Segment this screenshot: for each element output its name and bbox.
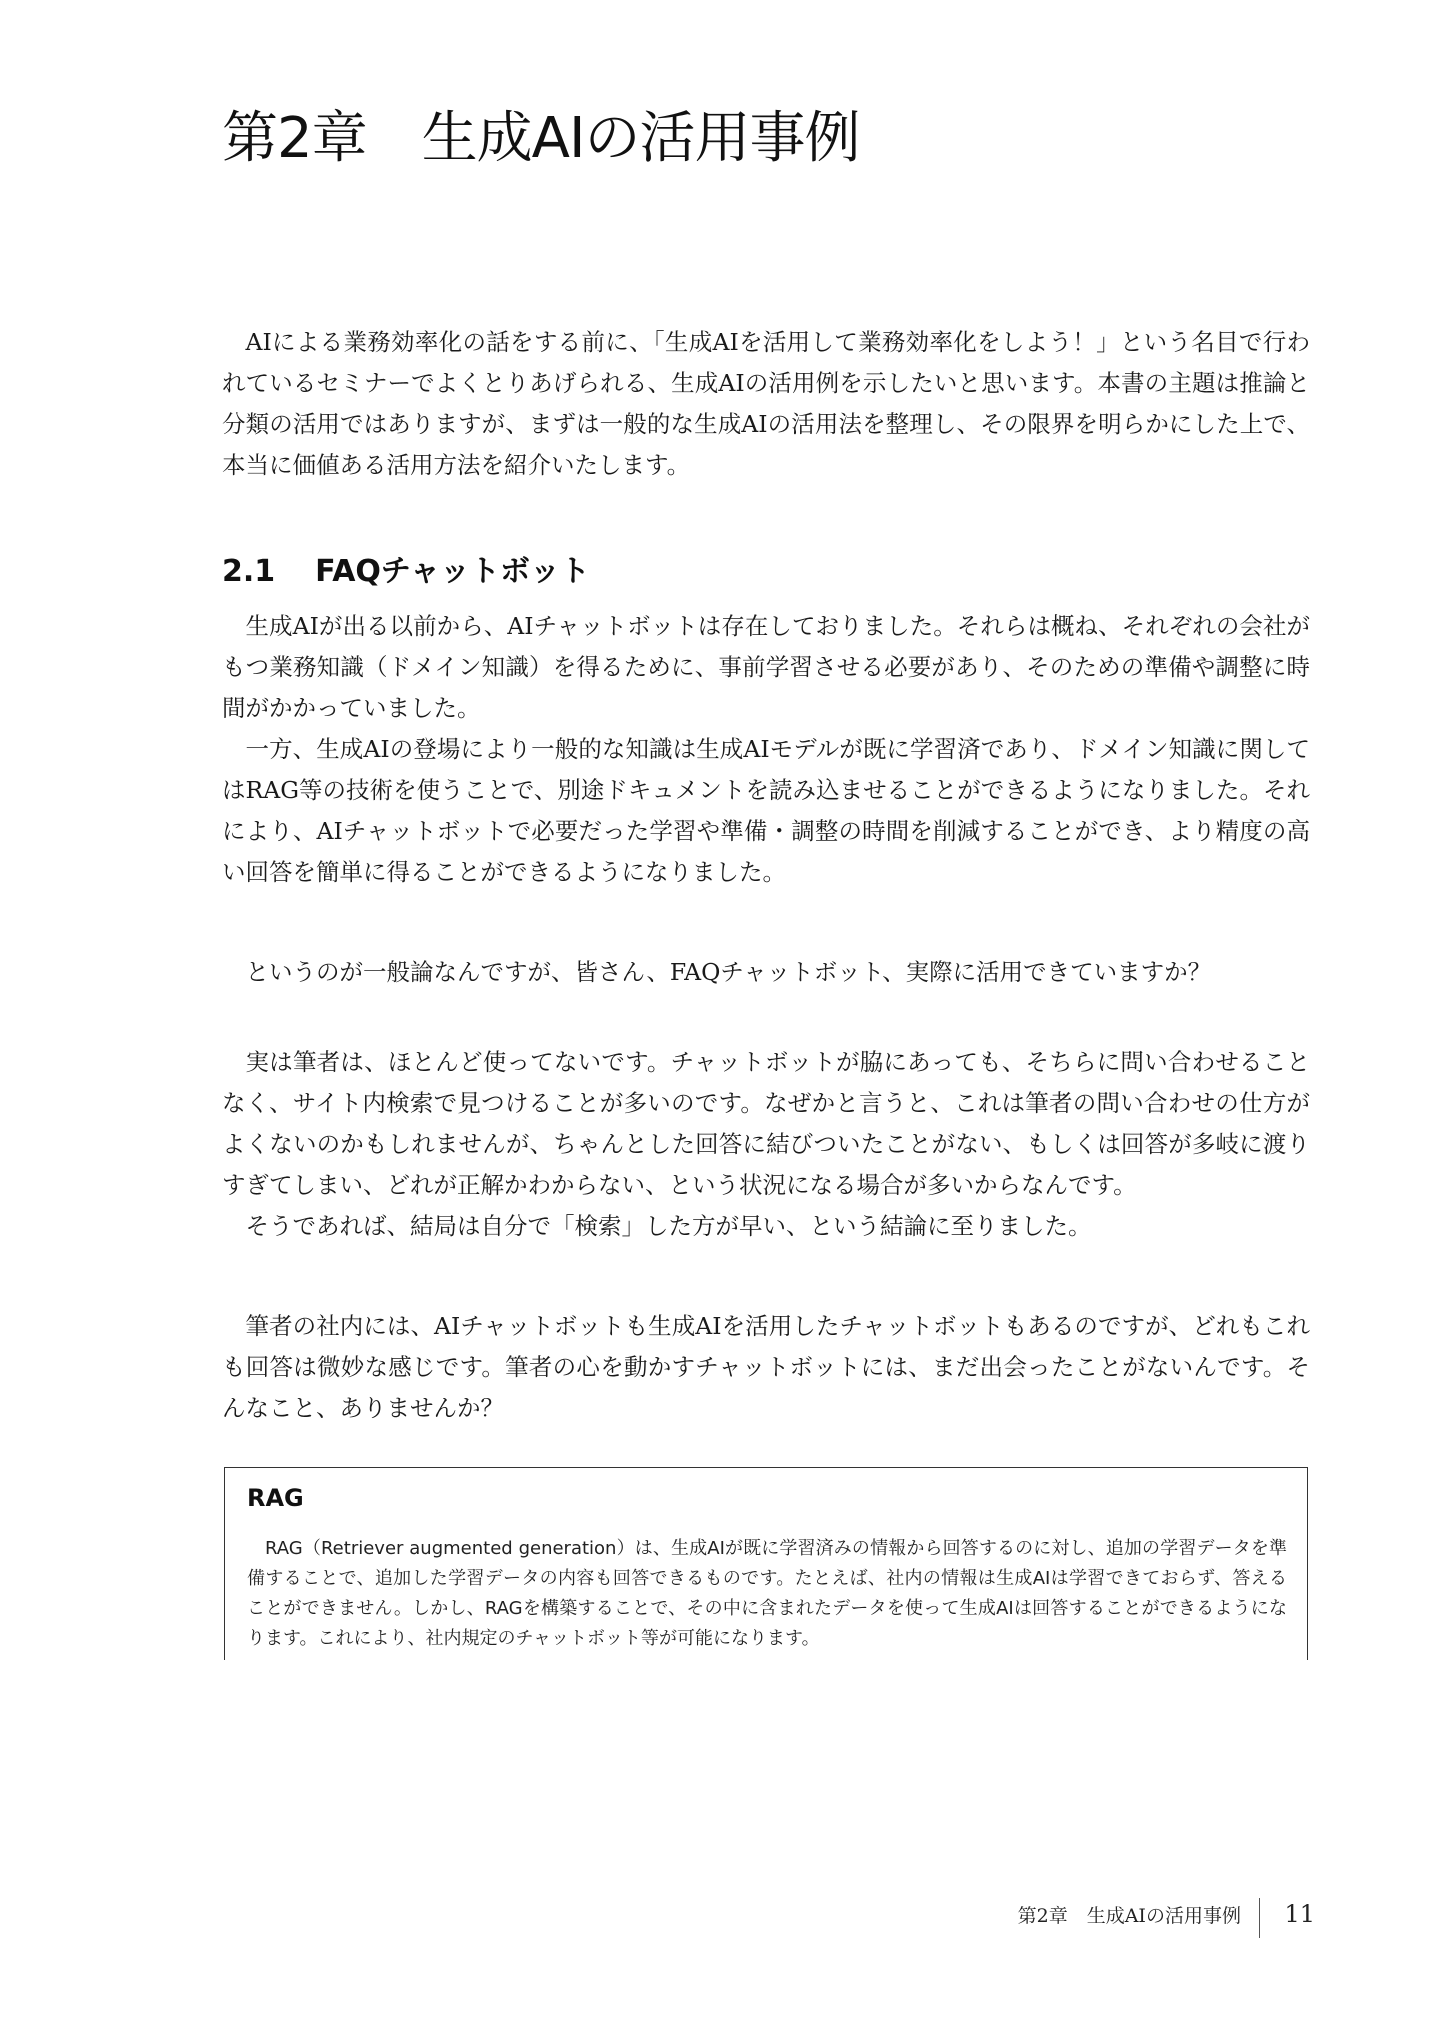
page-number: 11 <box>1284 1900 1315 1928</box>
paragraph: 筆者の社内には、AIチャットボットも生成AIを活用したチャットボットもあるのです… <box>222 1306 1310 1429</box>
running-title: 第2章 生成AIの活用事例 <box>1018 1901 1241 1928</box>
section-title: FAQチャットボット <box>315 554 590 589</box>
page-footer: 第2章 生成AIの活用事例 11 <box>1018 1893 1315 1935</box>
paragraph: そうであれば、結局は自分で「検索」した方が早い、という結論に至りました。 <box>222 1206 1310 1247</box>
paragraph: 一方、生成AIの登場により一般的な知識は生成AIモデルが既に学習済であり、ドメイ… <box>222 729 1310 893</box>
section-number: 2.1 <box>222 554 275 589</box>
intro-text: AIによる業務効率化の話をする前に、「生成AIを活用して業務効率化をしよう！」と… <box>222 322 1310 486</box>
chapter-title: 第2章 生成AIの活用事例 <box>222 108 859 170</box>
note-body: RAG（Retriever augmented generation）は、生成A… <box>247 1534 1287 1654</box>
section-text-block: というのが一般論なんですが、皆さん、FAQチャットボット、実際に活用できています… <box>222 952 1310 993</box>
section-heading: 2.1FAQチャットボット <box>222 546 590 590</box>
section-text-block: 実は筆者は、ほとんど使ってないです。チャットボットが脇にあっても、そちらに問い合… <box>222 1042 1310 1247</box>
rag-note-box: RAG RAG（Retriever augmented generation）は… <box>224 1467 1308 1660</box>
footer-divider <box>1259 1898 1261 1938</box>
note-title: RAG <box>247 1484 304 1512</box>
paragraph: というのが一般論なんですが、皆さん、FAQチャットボット、実際に活用できています… <box>222 952 1310 993</box>
paragraph: 実は筆者は、ほとんど使ってないです。チャットボットが脇にあっても、そちらに問い合… <box>222 1042 1310 1206</box>
paragraph: AIによる業務効率化の話をする前に、「生成AIを活用して業務効率化をしよう！」と… <box>222 322 1310 486</box>
section-text-block: 筆者の社内には、AIチャットボットも生成AIを活用したチャットボットもあるのです… <box>222 1306 1310 1429</box>
section-text-block: 生成AIが出る以前から、AIチャットボットは存在しておりました。それらは概ね、そ… <box>222 606 1310 893</box>
paragraph: 生成AIが出る以前から、AIチャットボットは存在しておりました。それらは概ね、そ… <box>222 606 1310 729</box>
